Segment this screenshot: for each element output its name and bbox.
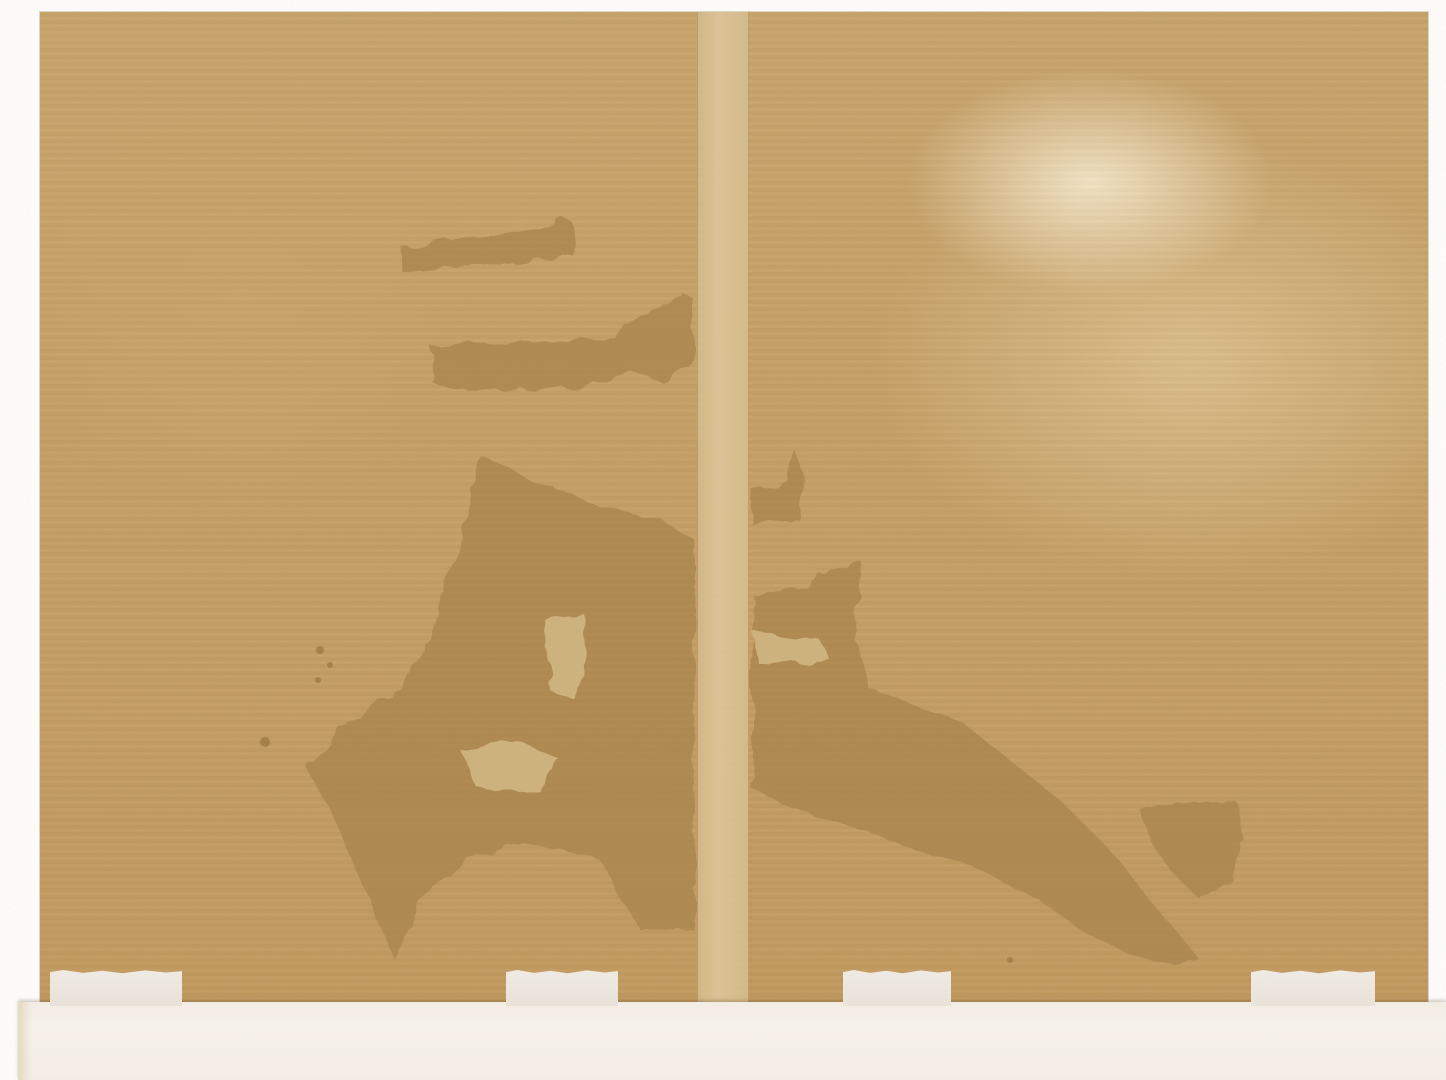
tape-tab-4 — [1251, 970, 1375, 1006]
sheet-edge-shade — [18, 1002, 32, 1080]
tape-tab-2 — [506, 970, 618, 1006]
photo-scene — [0, 0, 1446, 1080]
center-tape-strip — [697, 12, 749, 1007]
tape-tab-1 — [50, 970, 182, 1006]
tape-tab-3 — [843, 970, 951, 1006]
cream-base-sheet — [18, 1002, 1446, 1080]
